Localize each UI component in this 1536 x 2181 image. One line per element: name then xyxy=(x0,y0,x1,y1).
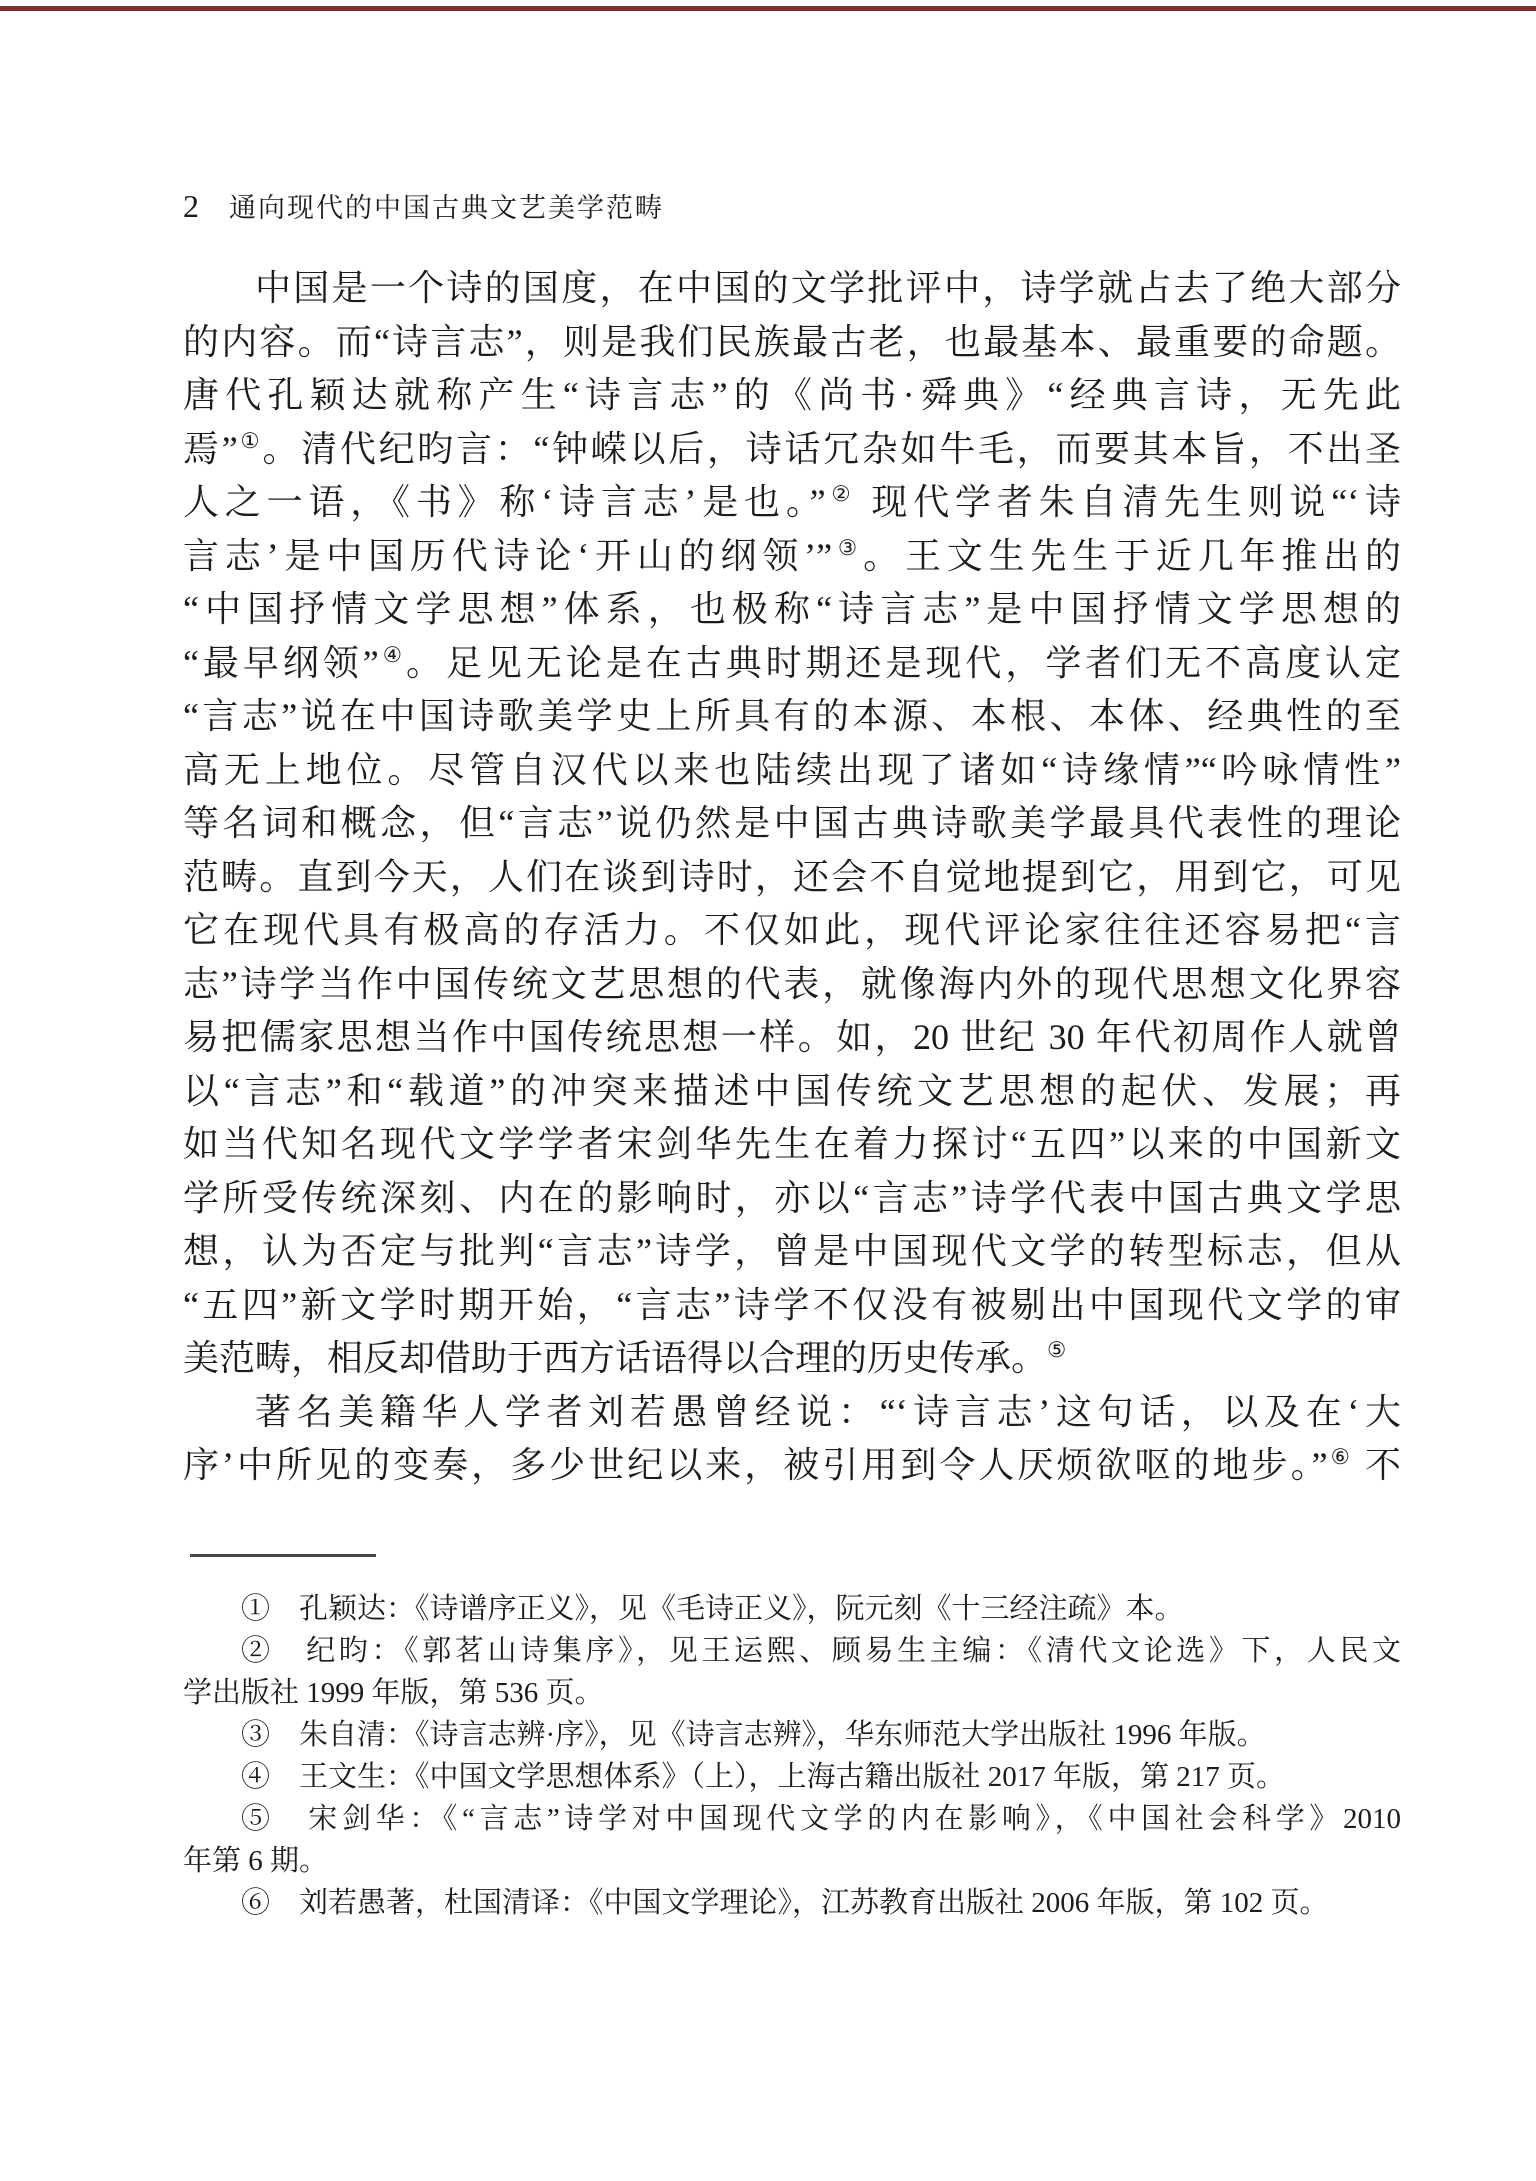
text-line: 的内容。而“诗言志”，则是我们民族最古老，也最基本、最重要的命题。 xyxy=(183,316,1401,370)
page-header: 2 通向现代的中国古典文艺美学范畴 xyxy=(183,186,664,225)
text-line: 序’中所见的变奏，多少世纪以来，被引用到令人厌烦欲呕的地步。”⑥ 不 xyxy=(183,1439,1401,1493)
text-line: ⑥ 刘若愚著，杜国清译：《中国文学理论》，江苏教育出版社 2006 年版，第 1… xyxy=(183,1882,1401,1924)
text-line: ① 孔颖达：《诗谱序正义》，见《毛诗正义》，阮元刻《十三经注疏》本。 xyxy=(183,1588,1401,1630)
footnote-ref: ⑥ xyxy=(1328,1445,1353,1469)
text-line: 易把儒家思想当作中国传统思想一样。如，20 世纪 30 年代初周作人就曾 xyxy=(183,1011,1401,1065)
page-number: 2 xyxy=(183,188,199,225)
footnote-ref: ⑤ xyxy=(1047,1338,1066,1362)
text-line: “最早纲领”④。足见无论是在古典时期还是现代，学者们无不高度认定 xyxy=(183,637,1401,691)
footnote-separator xyxy=(190,1554,376,1557)
running-title: 通向现代的中国古典文艺美学范畴 xyxy=(229,186,664,225)
paragraph-intro: 中国是一个诗的国度，在中国的文学批评中，诗学就占去了绝大部分的内容。而“诗言志”… xyxy=(183,262,1401,1386)
text-line: 年第 6 期。 xyxy=(183,1840,1401,1882)
body-text: 中国是一个诗的国度，在中国的文学批评中，诗学就占去了绝大部分的内容。而“诗言志”… xyxy=(183,262,1401,1493)
text-line: 学出版社 1999 年版，第 536 页。 xyxy=(183,1672,1401,1714)
text-line: “中国抒情文学思想”体系，也极称“诗言志”是中国抒情文学思想的 xyxy=(183,583,1401,637)
text-line: 著名美籍华人学者刘若愚曾经说：“‘诗言志’这句话，以及在‘大 xyxy=(183,1386,1401,1440)
text-line: 人之一语，《书》称‘诗言志’是也。”② 现代学者朱自清先生则说“‘诗 xyxy=(183,476,1401,530)
text-line: “言志”说在中国诗歌美学史上所具有的本源、本根、本体、经典性的至 xyxy=(183,690,1401,744)
text-line: 如当代知名现代文学学者宋剑华先生在着力探讨“五四”以来的中国新文 xyxy=(183,1118,1401,1172)
text-line: 美范畴，相反却借助于西方话语得以合理的历史传承。⑤ xyxy=(183,1332,1401,1386)
text-line: 中国是一个诗的国度，在中国的文学批评中，诗学就占去了绝大部分 xyxy=(183,262,1401,316)
footnote-ref: ③ xyxy=(832,536,863,560)
book-page: 2 通向现代的中国古典文艺美学范畴 中国是一个诗的国度，在中国的文学批评中，诗学… xyxy=(0,0,1536,2181)
footnote-ref: ① xyxy=(238,429,263,453)
text-line: ⑤ 宋剑华：《“言志”诗学对中国现代文学的内在影响》，《中国社会科学》2010 xyxy=(183,1798,1401,1840)
text-line: 志”诗学当作中国传统文艺思想的代表，就像海内外的现代思想文化界容 xyxy=(183,958,1401,1012)
text-line: 唐代孔颖达就称产生“诗言志”的《尚书·舜典》“经典言诗，无先此 xyxy=(183,369,1401,423)
text-line: ③ 朱自清：《诗言志辨·序》，见《诗言志辨》，华东师范大学出版社 1996 年版… xyxy=(183,1714,1401,1756)
paragraph-liu-james: 著名美籍华人学者刘若愚曾经说：“‘诗言志’这句话，以及在‘大序’中所见的变奏，多… xyxy=(183,1386,1401,1493)
text-line: 高无上地位。尽管自汉代以来也陆续出现了诸如“诗缘情”“吟咏情性” xyxy=(183,744,1401,798)
text-line: 想，认为否定与批判“言志”诗学，曾是中国现代文学的转型标志，但从 xyxy=(183,1225,1401,1279)
footnote-ref: ④ xyxy=(379,643,406,667)
scan-edge-line xyxy=(0,6,1536,11)
text-line: 学所受传统深刻、内在的影响时，亦以“言志”诗学代表中国古典文学思 xyxy=(183,1172,1401,1226)
text-line: ④ 王文生：《中国文学思想体系》（上），上海古籍出版社 2017 年版，第 21… xyxy=(183,1756,1401,1798)
text-line: ② 纪昀：《郭茗山诗集序》，见王运熙、顾易生主编：《清代文论选》下，人民文 xyxy=(183,1630,1401,1672)
footnote-ref: ② xyxy=(826,482,857,506)
text-line: 焉”①。清代纪昀言：“钟嵘以后，诗话冗杂如牛毛，而要其本旨，不出圣 xyxy=(183,423,1401,477)
text-line: 言志’是中国历代诗论‘开山的纲领’”③。王文生先生于近几年推出的 xyxy=(183,530,1401,584)
text-line: 以“言志”和“载道”的冲突来描述中国传统文艺思想的起伏、发展；再 xyxy=(183,1065,1401,1119)
footnotes: ① 孔颖达：《诗谱序正义》，见《毛诗正义》，阮元刻《十三经注疏》本。② 纪昀：《… xyxy=(183,1588,1401,1924)
text-line: “五四”新文学时期开始，“言志”诗学不仅没有被剔出中国现代文学的审 xyxy=(183,1279,1401,1333)
text-line: 等名词和概念，但“言志”说仍然是中国古典诗歌美学最具代表性的理论 xyxy=(183,797,1401,851)
text-line: 范畴。直到今天，人们在谈到诗时，还会不自觉地提到它，用到它，可见 xyxy=(183,851,1401,905)
text-line: 它在现代具有极高的存活力。不仅如此，现代评论家往往还容易把“言 xyxy=(183,904,1401,958)
